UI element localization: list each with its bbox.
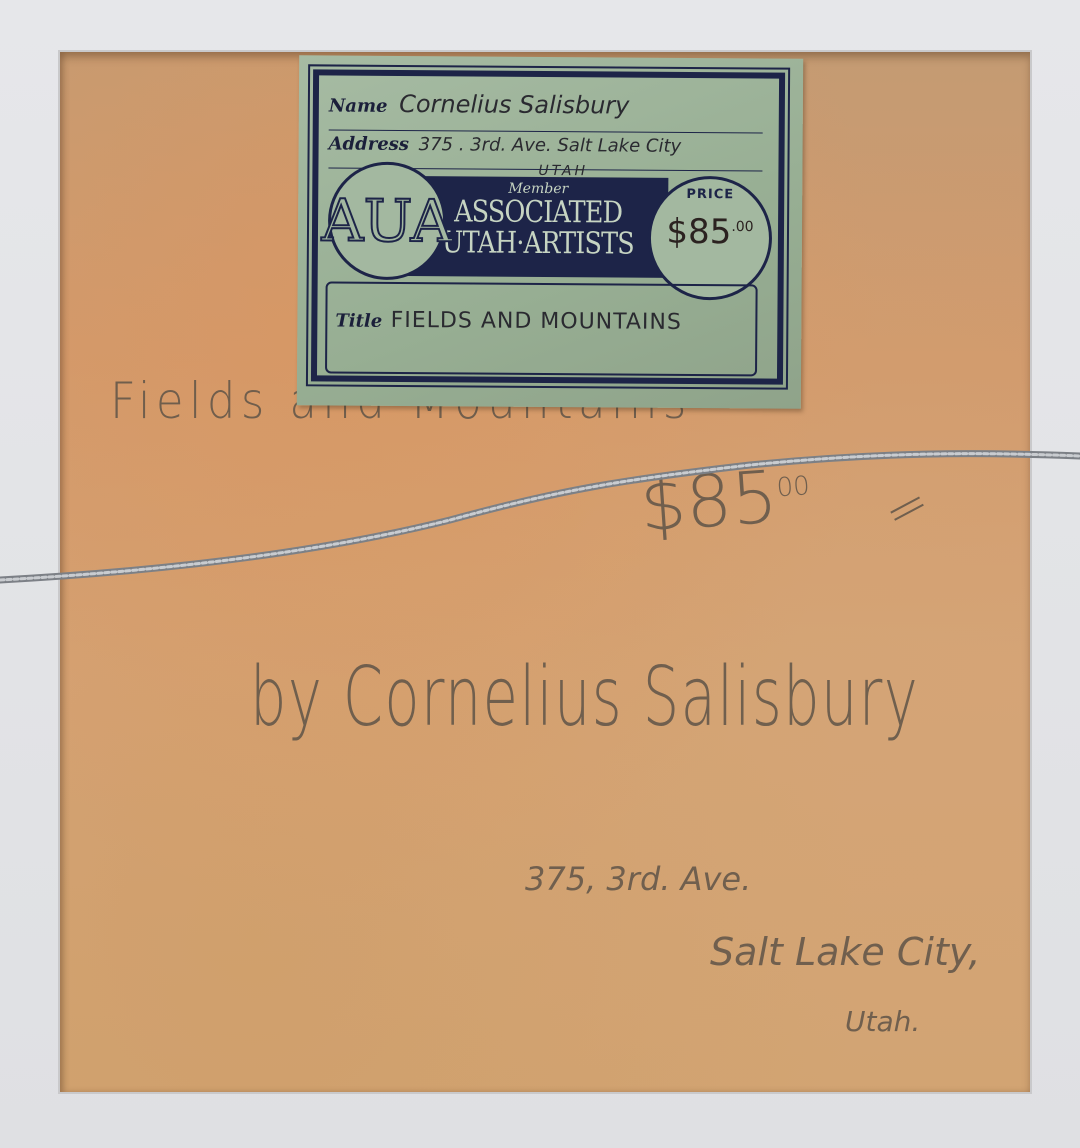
pencil-address-line2: Salt Lake City, — [710, 930, 980, 974]
pencil-address-line1: 375, 3rd. Ave. — [525, 860, 751, 898]
label-title-caption: Title — [335, 311, 382, 332]
label-address-caption: Address — [329, 133, 409, 155]
price-value: $85.00 — [651, 212, 769, 253]
pencil-signature: by Cornelius Salisbury — [250, 650, 919, 745]
artist-label: Name Cornelius Salisbury Address 375 . 3… — [297, 55, 803, 409]
label-title-box: Title FIELDS AND MOUNTAINS — [325, 281, 758, 376]
price-dollars: $85 — [666, 212, 731, 252]
hanging-wire — [0, 440, 1080, 600]
price-circle: PRICE $85.00 — [648, 176, 773, 301]
label-name-value: Cornelius Salisbury — [399, 90, 629, 120]
pencil-address-line3: Utah. — [845, 1005, 920, 1038]
price-cents: .00 — [731, 219, 753, 235]
label-name-row: Name Cornelius Salisbury — [329, 89, 763, 133]
price-caption: PRICE — [651, 187, 769, 203]
org-name-line2: UTAH·ARTISTS — [427, 228, 648, 260]
label-name-caption: Name — [329, 95, 388, 116]
label-address-value: 375 . 3rd. Ave. Salt Lake City — [419, 134, 682, 157]
label-title-value: FIELDS AND MOUNTAINS — [391, 308, 682, 335]
aua-monogram-icon: AUA — [328, 161, 447, 280]
label-title-row: Title FIELDS AND MOUNTAINS — [327, 307, 682, 334]
